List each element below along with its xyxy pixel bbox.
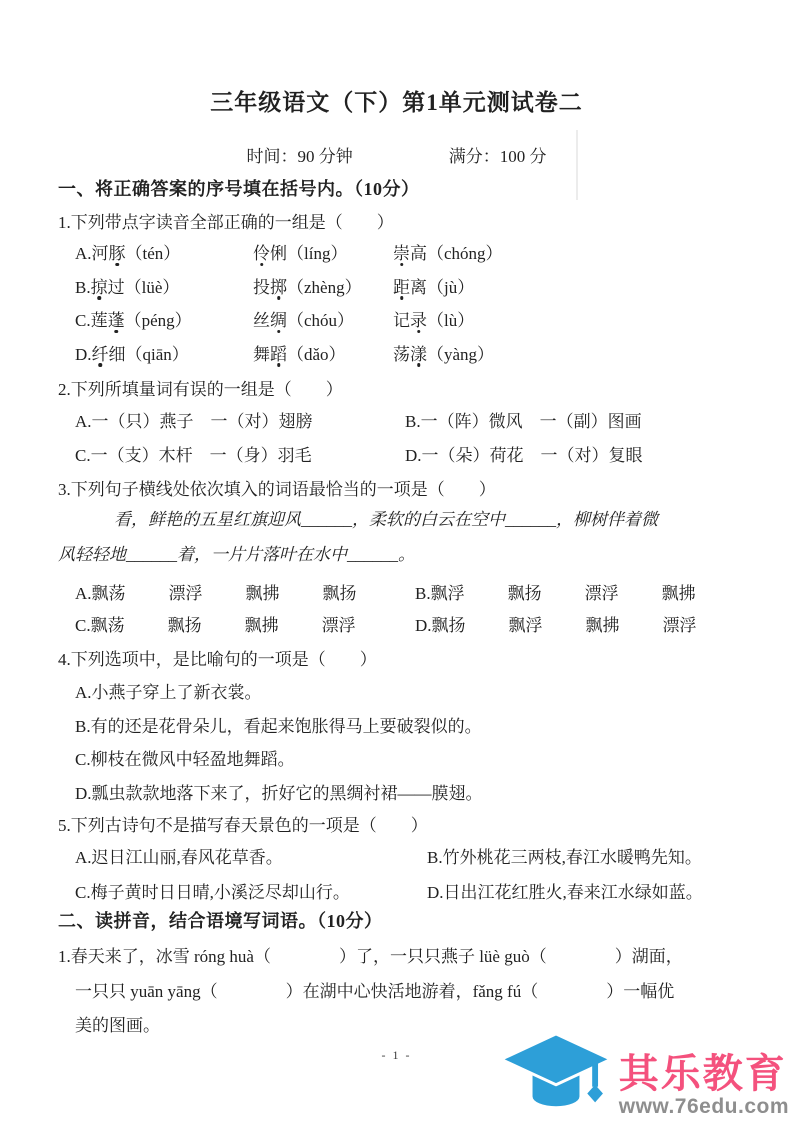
q1-cell: 伶俐（líng） [253, 237, 393, 271]
option-label: B. [415, 584, 431, 603]
q1-cell: 丝绸（chóu） [253, 304, 393, 338]
dotted-char: 蓬 [108, 311, 125, 330]
option-word: 飘荡 [91, 610, 168, 642]
q5-option: C.梅子黄时日日晴,小溪泛尽却山行。 [75, 876, 427, 911]
brand-logo: 其乐教育 www.76edu.com [497, 1030, 793, 1118]
s2-line: 一只只 yuān yāng（ ）在湖中心快活地游着，fǎng fú（ ）一幅优 [75, 975, 742, 1010]
q1-cell: D.纤细（qiān） [75, 338, 253, 372]
question-3-options: A.飘荡漂浮飘拂飘扬 B.飘浮飘扬漂浮飘拂 C.飘荡飘扬飘拂漂浮 D.飘扬飘浮飘… [58, 578, 759, 641]
q3-option: D.飘扬飘浮飘拂漂浮 [415, 610, 759, 642]
question-2-options: A.一（只）燕子 一（对）翅膀 B.一（阵）微风 一（副）图画 C.一（支）木杆… [58, 405, 759, 472]
q2-option-row: C.一（支）木杆 一（身）羽毛 D.一（朵）荷花 一（对）复眼 [75, 439, 759, 473]
option-label: D. [75, 345, 92, 364]
word-pre: 投 [253, 278, 270, 297]
dotted-char: 掠 [91, 278, 108, 297]
test-paper-page: 三年级语文（下）第1单元测试卷二 时间：90 分钟满分：100 分 一、将正确答… [0, 0, 793, 1122]
option-label: C. [75, 616, 91, 635]
q5-option-row: A.迟日江山丽,春风花草香。 B.竹外桃花三两枝,春江水暖鸭先知。 [75, 841, 759, 876]
exam-meta: 时间：90 分钟满分：100 分 [0, 142, 793, 167]
option-word: 飘扬 [508, 578, 585, 610]
q1-option-row-b: B.掠过（lüè） 投掷（zhèng） 距离（jù） [75, 271, 759, 305]
q2-option: C.一（支）木杆 一（身）羽毛 [75, 439, 405, 473]
question-3-passage: 看，鲜艳的五星红旗迎风______，柔软的白云在空中______，柳树伴着微 风… [58, 503, 740, 572]
q1-option-row-a: A.河豚（tén） 伶俐（líng） 崇高（chóng） [75, 237, 759, 271]
question-5-stem: 5.下列古诗句不是描写春天景色的一项是（ ） [58, 811, 428, 836]
question-4-stem: 4.下列选项中，是比喻句的一项是（ ） [58, 645, 377, 670]
option-label: D. [415, 616, 432, 635]
dotted-char: 漾 [410, 345, 427, 364]
q2-option-row: A.一（只）燕子 一（对）翅膀 B.一（阵）微风 一（副）图画 [75, 405, 759, 439]
option-label: A. [75, 244, 92, 263]
q3-option: B.飘浮飘扬漂浮飘拂 [415, 578, 759, 610]
passage-line: 风轻轻地______着，一片片落叶在水中______。 [58, 538, 740, 573]
pinyin: （líng） [287, 244, 347, 263]
question-1-options: A.河豚（tén） 伶俐（líng） 崇高（chóng） B.掠过（lüè） 投… [58, 237, 759, 371]
exam-full-score: 满分：100 分 [449, 147, 547, 166]
q1-cell: 距离（jù） [393, 271, 759, 305]
q2-option: D.一（朵）荷花 一（对）复眼 [405, 439, 759, 473]
dotted-char: 绸 [270, 311, 287, 330]
pinyin: （tén） [126, 244, 181, 263]
option-word: 飘扬 [323, 578, 400, 610]
question-5-options: A.迟日江山丽,春风花草香。 B.竹外桃花三两枝,春江水暖鸭先知。 C.梅子黄时… [58, 841, 759, 910]
q4-option: C.柳枝在微风中轻盈地舞蹈。 [75, 743, 759, 777]
q3-option: C.飘荡飘扬飘拂漂浮 [75, 610, 415, 642]
option-word: 飘拂 [586, 610, 663, 642]
word-pre: 丝 [253, 311, 270, 330]
word-pre: 舞 [253, 345, 270, 364]
dotted-char: 伶 [253, 244, 270, 263]
pinyin: （qiān） [126, 345, 189, 364]
q1-cell: A.河豚（tén） [75, 237, 253, 271]
page-title: 三年级语文（下）第1单元测试卷二 [0, 84, 793, 117]
dotted-char: 掷 [270, 278, 287, 297]
q1-cell: 舞蹈（dǎo） [253, 338, 393, 372]
option-word: 飘荡 [92, 578, 169, 610]
option-label: A. [75, 584, 92, 603]
pinyin: （zhèng） [287, 278, 362, 297]
option-word: 漂浮 [169, 578, 246, 610]
dotted-char: 录 [410, 311, 427, 330]
q1-cell: B.掠过（lüè） [75, 271, 253, 305]
word-pre: 记 [393, 311, 410, 330]
s2-line: 1.春天来了，冰雪 róng huà（ ）了，一只只燕子 lüè guò（ ）湖… [75, 940, 742, 975]
q3-option-row: C.飘荡飘扬飘拂漂浮 D.飘扬飘浮飘拂漂浮 [75, 610, 759, 642]
passage-line: 看，鲜艳的五星红旗迎风______，柔软的白云在空中______，柳树伴着微 [58, 503, 740, 538]
q1-cell: 崇高（chóng） [393, 237, 759, 271]
pinyin: （jù） [427, 278, 474, 297]
q4-option: A.小燕子穿上了新衣裳。 [75, 676, 759, 710]
option-word: 漂浮 [663, 610, 740, 642]
exam-time: 时间：90 分钟 [247, 147, 353, 166]
word-post: 高 [410, 244, 427, 263]
brand-url: www.76edu.com [619, 1095, 789, 1118]
pinyin: （lüè） [125, 278, 180, 297]
pinyin: （lù） [427, 311, 474, 330]
q1-cell: 记录（lù） [393, 304, 759, 338]
pinyin: （yàng） [427, 345, 494, 364]
dotted-char: 距 [393, 278, 410, 297]
brand-text-block: 其乐教育 www.76edu.com [619, 1053, 793, 1118]
q1-option-row-d: D.纤细（qiān） 舞蹈（dǎo） 荡漾（yàng） [75, 338, 759, 372]
q4-option: D.瓢虫款款地落下来了，折好它的黑绸衬裙——膜翅。 [75, 777, 759, 811]
dotted-char: 崇 [393, 244, 410, 263]
option-word: 飘拂 [662, 578, 739, 610]
word-pre: 荡 [393, 345, 410, 364]
dotted-char: 豚 [109, 244, 126, 263]
option-word: 飘拂 [246, 578, 323, 610]
option-word: 飘扬 [168, 610, 245, 642]
q5-option: D.日出江花红胜火,春来江水绿如蓝。 [427, 876, 759, 911]
word-post: 俐 [270, 244, 287, 263]
word-pre: 莲 [91, 311, 108, 330]
q1-cell: 荡漾（yàng） [393, 338, 759, 372]
option-word: 飘浮 [431, 578, 508, 610]
word-post: 离 [410, 278, 427, 297]
question-1-stem: 1.下列带点字读音全部正确的一组是（ ） [58, 208, 394, 233]
pinyin: （dǎo） [287, 345, 346, 364]
option-label: C. [75, 311, 91, 330]
word-pre: 河 [92, 244, 109, 263]
section-2-question-1: 1.春天来了，冰雪 róng huà（ ）了，一只只燕子 lüè guò（ ）湖… [58, 940, 742, 1044]
q1-option-row-c: C.莲蓬（péng） 丝绸（chóu） 记录（lù） [75, 304, 759, 338]
dotted-char: 纤 [92, 345, 109, 364]
graduation-cap-icon [497, 1030, 615, 1118]
brand-name: 其乐教育 [619, 1053, 787, 1095]
section-2-heading: 二、读拼音，结合语境写词语。（10分） [58, 907, 383, 933]
q5-option: B.竹外桃花三两枝,春江水暖鸭先知。 [427, 841, 759, 876]
q4-option: B.有的还是花骨朵儿，看起来饱胀得马上要破裂似的。 [75, 710, 759, 744]
word-post: 过 [108, 278, 125, 297]
q1-cell: C.莲蓬（péng） [75, 304, 253, 338]
option-word: 飘扬 [432, 610, 509, 642]
option-word: 飘浮 [509, 610, 586, 642]
question-3-stem: 3.下列句子横线处依次填入的词语最恰当的一项是（ ） [58, 475, 496, 500]
option-word: 漂浮 [322, 610, 399, 642]
q1-cell: 投掷（zhèng） [253, 271, 393, 305]
pinyin: （chóu） [287, 311, 354, 330]
question-4-options: A.小燕子穿上了新衣裳。 B.有的还是花骨朵儿，看起来饱胀得马上要破裂似的。 C… [58, 676, 759, 810]
pinyin: （chóng） [427, 244, 503, 263]
section-1-heading: 一、将正确答案的序号填在括号内。（10分） [58, 175, 420, 201]
q2-option: A.一（只）燕子 一（对）翅膀 [75, 405, 405, 439]
q2-option: B.一（阵）微风 一（副）图画 [405, 405, 759, 439]
q3-option-row: A.飘荡漂浮飘拂飘扬 B.飘浮飘扬漂浮飘拂 [75, 578, 759, 610]
option-label: B. [75, 278, 91, 297]
q5-option-row: C.梅子黄时日日晴,小溪泛尽却山行。 D.日出江花红胜火,春来江水绿如蓝。 [75, 876, 759, 911]
option-word: 漂浮 [585, 578, 662, 610]
pinyin: （péng） [125, 311, 192, 330]
q3-option: A.飘荡漂浮飘拂飘扬 [75, 578, 415, 610]
word-post: 细 [109, 345, 126, 364]
option-word: 飘拂 [245, 610, 322, 642]
q5-option: A.迟日江山丽,春风花草香。 [75, 841, 427, 876]
dotted-char: 蹈 [270, 345, 287, 364]
question-2-stem: 2.下列所填量词有误的一组是（ ） [58, 375, 343, 400]
